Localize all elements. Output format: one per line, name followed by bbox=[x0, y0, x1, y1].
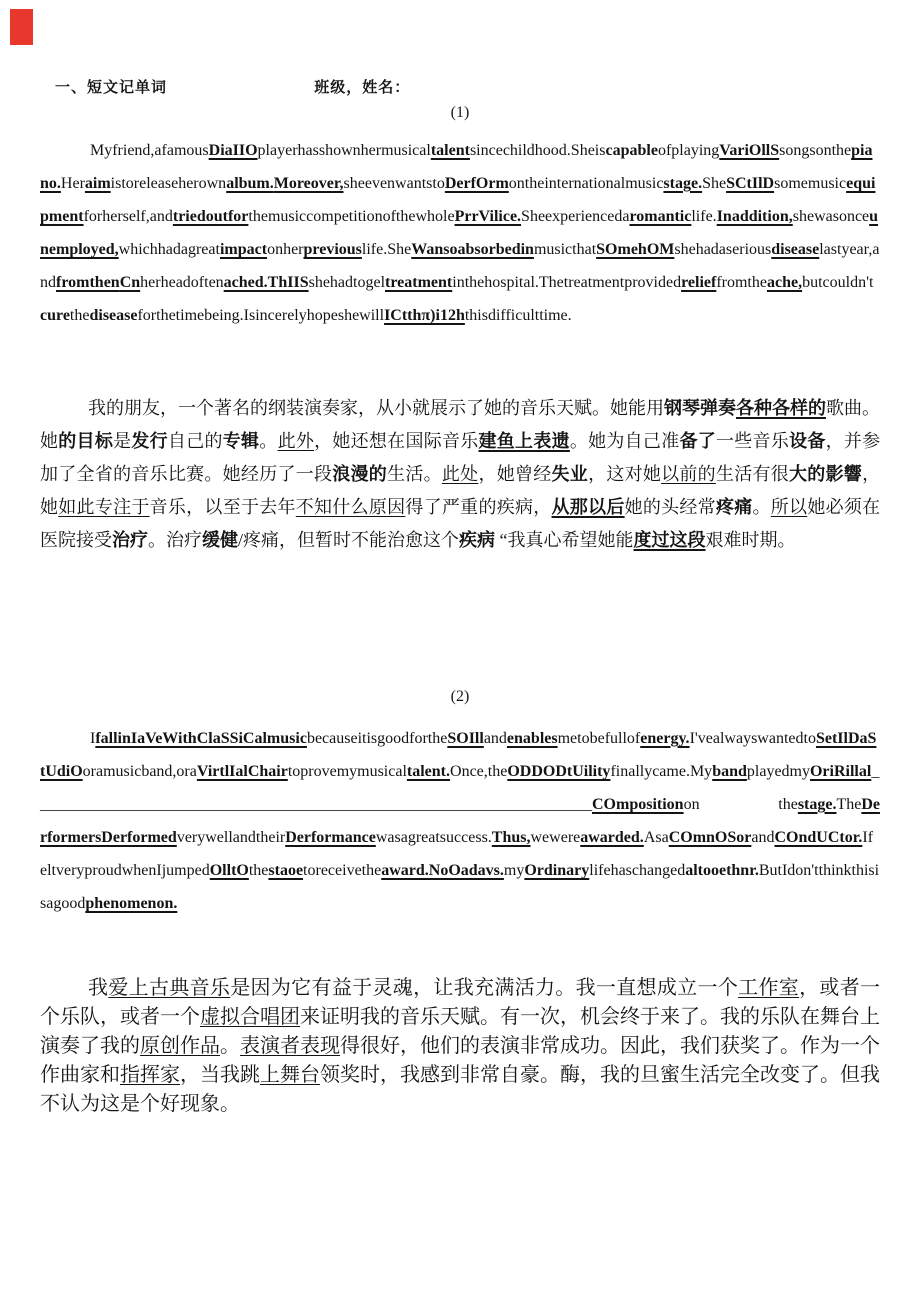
part1-english-paragraph: Myfriend,afamousDiaIIOplayerhasshownherm… bbox=[40, 134, 880, 332]
text-segment: stage. bbox=[798, 796, 837, 813]
text-segment: ofplaying bbox=[658, 142, 719, 159]
text-segment: I'vealwayswantedto bbox=[690, 730, 816, 747]
text-segment: COmposition bbox=[592, 796, 684, 813]
text-segment: band bbox=[712, 763, 747, 780]
part1-chinese-paragraph: 我的朋友，一个著名的纲装演奏家，从小就展示了她的音乐天赋。她能用钢琴弹奏各种各样… bbox=[40, 392, 880, 557]
text-segment: DiaIIO bbox=[209, 142, 258, 159]
text-segment: 艰难时期。 bbox=[706, 530, 796, 550]
text-segment: 指挥家 bbox=[120, 1064, 180, 1086]
text-segment: ached.ThIIS bbox=[224, 274, 309, 291]
text-segment: life.She bbox=[362, 241, 411, 258]
text-segment: toreceivethe bbox=[303, 862, 381, 879]
text-segment: somemusic bbox=[774, 175, 846, 192]
text-segment: relief bbox=[681, 274, 716, 291]
text-segment: 设备 bbox=[789, 431, 826, 451]
text-segment: toprovemymusical bbox=[288, 763, 407, 780]
text-segment: ODDODtUility bbox=[507, 763, 610, 780]
text-segment: COndUCtor. bbox=[774, 829, 862, 846]
text-segment: Myfriend,afamous bbox=[90, 142, 209, 159]
text-segment: DerfOrm bbox=[445, 175, 509, 192]
section-title: 一、短文记单词 bbox=[55, 79, 167, 96]
text-segment: Sheexperienceda bbox=[521, 208, 629, 225]
text-segment: 一些音乐 bbox=[716, 431, 789, 451]
text-segment: OlltO bbox=[210, 862, 249, 879]
text-segment: staoe bbox=[268, 862, 303, 879]
text-segment: 如此专注于 bbox=[58, 497, 149, 517]
text-segment: The bbox=[836, 796, 861, 813]
text-segment: and bbox=[751, 829, 774, 846]
text-segment: and bbox=[484, 730, 507, 747]
part2-chinese-paragraph: 我爱上古典音乐是因为它有益于灵魂，让我充满活力。我一直想成立一个工作室，或者一个… bbox=[40, 974, 880, 1119]
text-segment: stage. bbox=[663, 175, 702, 192]
text-segment: talent bbox=[431, 142, 470, 159]
text-segment: energy. bbox=[640, 730, 689, 747]
text-segment: She bbox=[702, 175, 726, 192]
text-segment: awarded. bbox=[580, 829, 644, 846]
text-segment: 工作室 bbox=[738, 977, 799, 999]
text-segment: 。治疗 bbox=[148, 530, 202, 550]
text-segment: 生活。 bbox=[387, 464, 442, 484]
text-segment: Inaddition, bbox=[717, 208, 793, 225]
text-segment: 缓健 bbox=[202, 530, 238, 550]
text-segment: 此处 bbox=[442, 464, 479, 484]
part2-english-paragraph: IfallinIaVeWithClaSSiCalmusicbecauseitis… bbox=[40, 722, 880, 920]
text-segment: playerhasshownhermusical bbox=[258, 142, 431, 159]
text-segment: 以前的 bbox=[661, 464, 716, 484]
text-segment: fromthen bbox=[56, 274, 120, 291]
text-segment: previous bbox=[304, 241, 362, 258]
text-segment: ，当我跳 bbox=[180, 1064, 260, 1086]
text-segment: finallycame.My bbox=[610, 763, 712, 780]
class-name-label: 班级，姓名： bbox=[314, 79, 410, 96]
text-segment: /疼痛，但暂时不能治愈这个 bbox=[238, 530, 459, 550]
text-segment: impact bbox=[220, 241, 267, 258]
text-segment: 建鱼上表遗 bbox=[479, 431, 570, 451]
text-segment: album. bbox=[226, 175, 274, 192]
text-segment: 是 bbox=[113, 431, 131, 451]
worksheet-page: 一、短文记单词 班级，姓名： (1) Myfriend,afamousDiaII… bbox=[0, 0, 920, 1301]
text-segment: thisdifficulttime. bbox=[465, 307, 572, 324]
text-segment: Derformance bbox=[285, 829, 376, 846]
text-segment: 我的朋友，一个著名的纲装演奏家，从小就展示了她的音乐天赋。她能用 bbox=[88, 398, 664, 418]
text-segment: 表演者表现 bbox=[240, 1035, 340, 1057]
text-segment: 不知什么原因 bbox=[296, 497, 406, 517]
text-segment: 虚拟合唱团 bbox=[200, 1006, 300, 1028]
text-segment: VariOllS bbox=[719, 142, 779, 159]
text-segment: SOIll bbox=[447, 730, 483, 747]
text-segment: fallinIaVeWithClaSSiCalmusic bbox=[95, 730, 307, 747]
text-segment: wewere bbox=[531, 829, 581, 846]
text-segment: 疼痛 bbox=[716, 497, 753, 517]
text-segment: 的目标 bbox=[58, 431, 113, 451]
text-segment: 各种各样的 bbox=[736, 398, 826, 418]
text-segment: themusiccompetitionofthewhole bbox=[248, 208, 454, 225]
text-segment bbox=[700, 796, 779, 813]
text-segment: forherself,and bbox=[84, 208, 173, 225]
text-segment: 钢琴弹奏 bbox=[664, 398, 736, 418]
text-segment: 专辑 bbox=[223, 431, 260, 451]
text-segment: 。 bbox=[220, 1035, 240, 1057]
part2-number: (2) bbox=[0, 688, 920, 706]
text-segment: Her bbox=[61, 175, 85, 192]
text-segment: 生活有很 bbox=[716, 464, 789, 484]
text-segment: the bbox=[249, 862, 269, 879]
text-segment: herheadoften bbox=[140, 274, 224, 291]
text-segment: playedmy bbox=[747, 763, 810, 780]
text-segment: 浪漫的 bbox=[332, 464, 387, 484]
text-segment: 是因为它有益于灵魂，让我充满活力。我一直想成立一个 bbox=[230, 977, 738, 999]
part1-number: (1) bbox=[0, 104, 920, 122]
text-segment: 度过这段 bbox=[634, 530, 706, 550]
text-segment: Moreover, bbox=[274, 175, 344, 192]
text-segment: the bbox=[70, 307, 90, 324]
text-segment: sincechildhood.Sheis bbox=[470, 142, 606, 159]
text-segment: lifehaschanged bbox=[589, 862, 685, 879]
header: 一、短文记单词 班级，姓名： bbox=[55, 76, 410, 97]
text-segment: ，她曾经 bbox=[478, 464, 551, 484]
text-segment: VirtlIalChair bbox=[197, 763, 288, 780]
text-segment: 所以 bbox=[771, 497, 808, 517]
red-marker bbox=[10, 9, 33, 45]
text-segment: 。她为自己准 bbox=[570, 431, 680, 451]
text-segment: cure bbox=[40, 307, 70, 324]
text-segment: butcouldn't bbox=[802, 274, 873, 291]
text-segment: disease bbox=[771, 241, 819, 258]
text-segment: 她的头经常 bbox=[625, 497, 716, 517]
text-segment: 备了 bbox=[679, 431, 716, 451]
text-segment: 我 bbox=[88, 977, 108, 999]
text-segment: Thus, bbox=[492, 829, 531, 846]
text-segment: Once,the bbox=[450, 763, 507, 780]
text-segment: shehadaserious bbox=[674, 241, 771, 258]
text-segment: OriRillal bbox=[810, 763, 871, 780]
text-segment: romantic bbox=[629, 208, 691, 225]
text-segment: forthetimebeing.Isincerelyhopeshewill bbox=[137, 307, 384, 324]
text-segment: enables bbox=[507, 730, 558, 747]
text-segment: talent. bbox=[407, 763, 450, 780]
text-segment: ache, bbox=[767, 274, 802, 291]
text-segment: shehadtogel bbox=[309, 274, 385, 291]
text-segment: 爱上古典音乐 bbox=[108, 977, 230, 999]
text-segment: 疾病 bbox=[459, 530, 495, 550]
text-segment: Wansoabsorbedin bbox=[411, 241, 534, 258]
text-segment: whichhadagreat bbox=[119, 241, 220, 258]
text-segment: life. bbox=[691, 208, 716, 225]
text-segment: on bbox=[684, 796, 700, 813]
text-segment: 。 bbox=[752, 497, 770, 517]
text-segment: ，这对她 bbox=[588, 464, 661, 484]
text-segment: istoreleaseherown bbox=[111, 175, 227, 192]
text-segment: 。 bbox=[259, 431, 277, 451]
text-segment: musicthat bbox=[534, 241, 596, 258]
text-segment: ICtthπ)i12h bbox=[384, 307, 465, 324]
text-segment: 上舞台 bbox=[260, 1064, 320, 1086]
text-segment: phenomenon. bbox=[85, 895, 177, 912]
text-segment: songsonthe bbox=[779, 142, 851, 159]
text-segment: onher bbox=[267, 241, 303, 258]
text-segment: “我真心希望她能 bbox=[495, 530, 634, 550]
text-segment: 从那以后 bbox=[552, 497, 625, 517]
text-segment: aim bbox=[85, 175, 111, 192]
text-segment: altooethnr. bbox=[685, 862, 759, 879]
text-segment: 治疗 bbox=[112, 530, 148, 550]
text-segment: SOmehOM bbox=[596, 241, 674, 258]
text-segment: verywellandtheir bbox=[177, 829, 285, 846]
text-segment: triedoutfor bbox=[173, 208, 249, 225]
text-segment: 原创作品 bbox=[140, 1035, 220, 1057]
text-segment: 大的影響 bbox=[789, 464, 862, 484]
text-segment: treatment bbox=[385, 274, 452, 291]
text-segment: PrrVilice. bbox=[455, 208, 521, 225]
text-segment: fromthe bbox=[716, 274, 767, 291]
text-segment: Asa bbox=[644, 829, 669, 846]
text-segment: 得了严重的疾病， bbox=[405, 497, 551, 517]
text-segment: 此外 bbox=[278, 431, 315, 451]
text-segment: metobefullof bbox=[558, 730, 641, 747]
text-segment: ，她还想在国际音乐 bbox=[314, 431, 478, 451]
text-segment: becauseitisgoodforthe bbox=[307, 730, 447, 747]
text-segment: sheevenwantsto bbox=[344, 175, 445, 192]
text-segment: oramusicband,ora bbox=[83, 763, 197, 780]
text-segment: SCtIlD bbox=[726, 175, 774, 192]
text-segment: 自己的 bbox=[168, 431, 223, 451]
text-segment: disease bbox=[89, 307, 137, 324]
text-segment: shewasonce bbox=[793, 208, 869, 225]
text-segment: COmnOSor bbox=[669, 829, 752, 846]
text-segment: wasagreatsuccess. bbox=[376, 829, 492, 846]
text-segment: the bbox=[778, 796, 798, 813]
text-segment: inthehospital.Thetreatmentprovided bbox=[452, 274, 681, 291]
text-segment: Ordinary bbox=[524, 862, 589, 879]
text-segment: award.NoOadavs. bbox=[381, 862, 504, 879]
text-segment: Cn bbox=[120, 274, 140, 291]
text-segment: 失业 bbox=[552, 464, 589, 484]
text-segment: 发行 bbox=[131, 431, 168, 451]
text-segment: 音乐，以至于去年 bbox=[150, 497, 296, 517]
text-segment: my bbox=[504, 862, 524, 879]
text-segment: ontheinternationalmusic bbox=[509, 175, 664, 192]
text-segment: capable bbox=[605, 142, 657, 159]
